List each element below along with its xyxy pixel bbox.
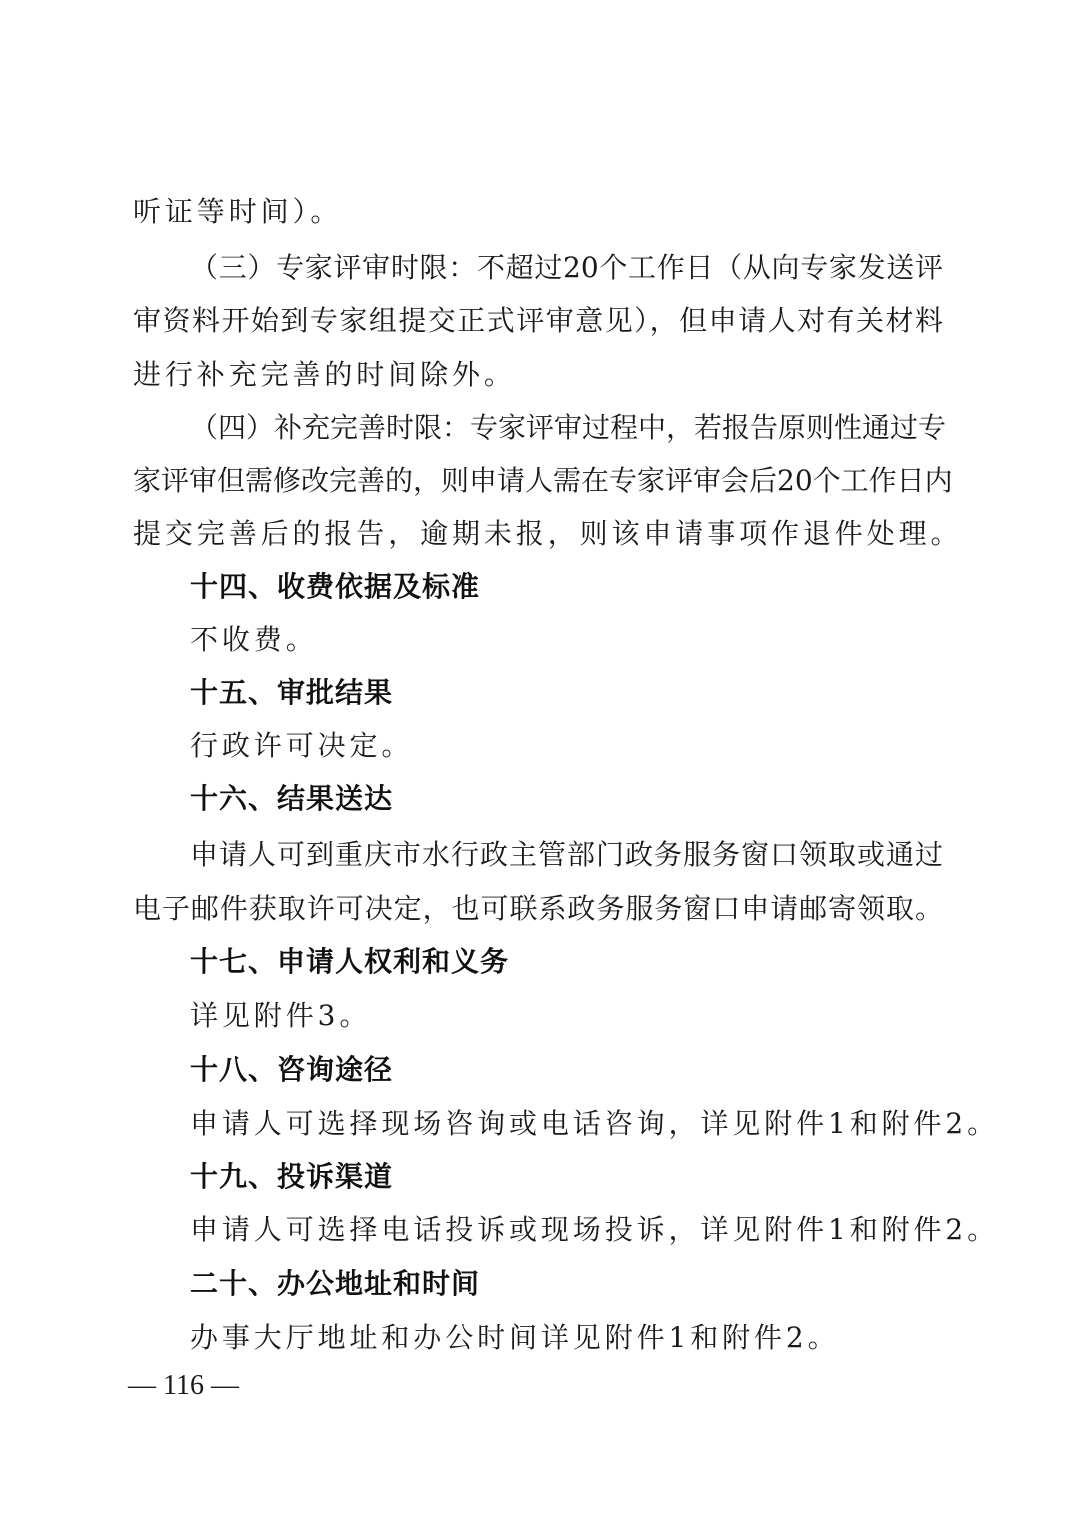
- paragraph-line: 申请人可选择现场咨询或电话咨询，详见附件1和附件2。: [190, 1104, 943, 1144]
- section-heading-fees: 十四、收费依据及标准: [190, 567, 943, 607]
- paragraph-line: 不收费。: [190, 620, 943, 660]
- section-heading-office-address: 二十、办公地址和时间: [190, 1264, 943, 1304]
- document-page: 听证等时间）。 （三）专家评审时限：不超过20个工作日（从向专家发送评 审资料开…: [0, 0, 1074, 1520]
- paragraph-line: 提交完善后的报告，逾期未报，则该申请事项作退件处理。: [133, 514, 943, 554]
- paragraph-line: 家评审但需修改完善的，则申请人需在专家评审会后20个工作日内: [133, 461, 943, 501]
- paragraph-line: （三）专家评审时限：不超过20个工作日（从向专家发送评: [190, 248, 943, 288]
- paragraph-line: 电子邮件获取许可决定，也可联系政务服务窗口申请邮寄领取。: [133, 889, 943, 929]
- page-number: — 116 —: [128, 1366, 239, 1406]
- paragraph-line: 申请人可选择电话投诉或现场投诉，详见附件1和附件2。: [190, 1210, 943, 1250]
- section-heading-rights-obligations: 十七、申请人权利和义务: [190, 942, 943, 982]
- section-heading-complaints: 十九、投诉渠道: [190, 1157, 943, 1197]
- paragraph-line: 听证等时间）。: [133, 192, 943, 232]
- section-heading-result-delivery: 十六、结果送达: [190, 779, 943, 819]
- paragraph-line: 审资料开始到专家组提交正式评审意见），但申请人对有关材料: [133, 301, 943, 341]
- paragraph-line: 办事大厅地址和办公时间详见附件1和附件2。: [190, 1318, 943, 1358]
- paragraph-line: 行政许可决定。: [190, 726, 943, 766]
- paragraph-line: 申请人可到重庆市水行政主管部门政务服务窗口领取或通过: [190, 835, 943, 875]
- section-heading-approval-result: 十五、审批结果: [190, 673, 943, 713]
- paragraph-line: 详见附件3。: [190, 996, 943, 1036]
- section-heading-consultation: 十八、咨询途径: [190, 1050, 943, 1090]
- paragraph-line: （四）补充完善时限：专家评审过程中，若报告原则性通过专: [190, 408, 943, 448]
- paragraph-line: 进行补充完善的时间除外。: [133, 355, 943, 395]
